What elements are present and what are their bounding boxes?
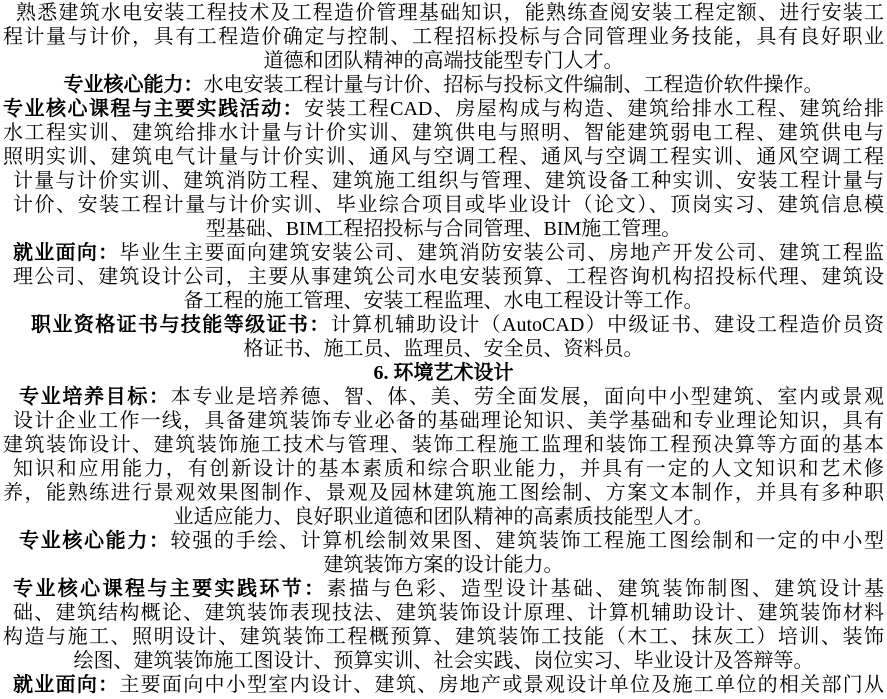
text-run: 建筑装饰方案的设计能力。 bbox=[324, 554, 564, 576]
text-run: 构造与施工、照明设计、建筑装饰工程概预算、建筑装饰工技能（木工、抹灰工）培训、装… bbox=[3, 626, 884, 648]
text-run: 建筑装饰设计、建筑装饰施工技术与管理、装饰工程施工监理和装饰工程预决算等方面的基… bbox=[3, 434, 884, 456]
bold-label: 专业核心课程与主要实践活动： bbox=[3, 98, 304, 120]
text-run: 绘图、建筑装饰施工图设计、预算实训、社会实践、岗位实习、毕业设计及答辩等。 bbox=[74, 650, 814, 672]
text-line: 专业培养目标：本专业是培养德、智、体、美、劳全面发展，面向中小型建筑、室内或景观 bbox=[3, 385, 884, 409]
text-run: 设计企业工作一线，具备建筑装饰专业必备的基础理论知识、美学基础和专业理论知识，具… bbox=[13, 410, 884, 432]
text-run: 较强的手绘、计算机绘制效果图、建筑装饰工程施工图绘制和一定的中小型 bbox=[171, 530, 884, 552]
bold-label: 就业面向： bbox=[13, 674, 119, 696]
text-line: 础、建筑结构概论、建筑装饰表现技法、建筑装饰设计原理、计算机辅助设计、建筑装饰材… bbox=[3, 601, 884, 625]
text-line: 备工程的施工管理、安装工程监理、水电工程设计等工作。 bbox=[3, 289, 884, 313]
text-line: 程计量与计价，具有工程造价确定与控制、工程招标投标与合同管理业务技能，具有良好职… bbox=[3, 25, 884, 49]
text-line: 建筑装饰设计、建筑装饰施工技术与管理、装饰工程施工监理和装饰工程预决算等方面的基… bbox=[3, 433, 884, 457]
bold-label: 专业培养目标： bbox=[19, 386, 171, 408]
text-run: 本专业是培养德、智、体、美、劳全面发展，面向中小型建筑、室内或景观 bbox=[171, 386, 884, 408]
text-run: 照明实训、建筑电气计量与计价实训、通风与空调工程、通风与空调工程实训、通风空调工… bbox=[3, 146, 884, 168]
text-line: 计量与计价实训、建筑消防工程、建筑施工组织与管理、建筑设备工种实训、安装工程计量… bbox=[3, 169, 884, 193]
text-line: 计价、安装工程计量与计价实训、毕业综合项目或毕业设计（论文）、顶岗实习、建筑信息… bbox=[3, 193, 884, 217]
text-run: 养，能熟练进行景观效果图制作、景观及园林建筑施工图绘制、方案文本制作，并具有多种… bbox=[3, 482, 884, 504]
text-run: 素描与色彩、造型设计基础、建筑装饰制图、建筑设计基 bbox=[327, 578, 884, 600]
bold-label: 专业核心能力： bbox=[64, 74, 204, 96]
text-run: 水电安装工程计量与计价、招标与投标文件编制、工程造价软件操作。 bbox=[204, 74, 824, 96]
text-line: 熟悉建筑水电安装工程技术及工程造价管理基础知识，能熟练查阅安装工程定额、进行安装… bbox=[3, 1, 884, 25]
text-run: 格证书、施工员、监理员、安全员、资料员。 bbox=[244, 338, 644, 360]
text-line: 职业资格证书与技能等级证书：计算机辅助设计（AutoCAD）中级证书、建设工程造… bbox=[3, 313, 884, 337]
text-line: 道德和团队精神的高端技能型专门人才。 bbox=[3, 49, 884, 73]
text-run: 备工程的施工管理、安装工程监理、水电工程设计等工作。 bbox=[184, 290, 704, 312]
text-line: 6. 环境艺术设计 bbox=[3, 361, 884, 385]
bold-label: 就业面向： bbox=[13, 242, 119, 264]
bold-label: 专业核心能力： bbox=[19, 530, 171, 552]
text-line: 水工程实训、建筑给排水计量与计价实训、建筑供电与照明、智能建筑弱电工程、建筑供电… bbox=[3, 121, 884, 145]
text-run: 水工程实训、建筑给排水计量与计价实训、建筑供电与照明、智能建筑弱电工程、建筑供电… bbox=[3, 122, 884, 144]
text-line: 专业核心课程与主要实践环节：素描与色彩、造型设计基础、建筑装饰制图、建筑设计基 bbox=[3, 577, 884, 601]
bold-label: 职业资格证书与技能等级证书： bbox=[31, 314, 331, 336]
text-run: 型基础、BIM工程招投标与合同管理、BIM施工管理。 bbox=[206, 218, 682, 240]
text-line: 绘图、建筑装饰施工图设计、预算实训、社会实践、岗位实习、毕业设计及答辩等。 bbox=[3, 649, 884, 673]
text-line: 型基础、BIM工程招投标与合同管理、BIM施工管理。 bbox=[3, 217, 884, 241]
text-line: 就业面向：主要面向中小型室内设计、建筑、房地产或景观设计单位及施工单位的相关部门… bbox=[3, 673, 884, 697]
text-line: 格证书、施工员、监理员、安全员、资料员。 bbox=[3, 337, 884, 361]
text-line: 知识和应用能力，有创新设计的基本素质和综合职业能力，并具有一定的人文知识和艺术修 bbox=[3, 457, 884, 481]
text-line: 专业核心能力：较强的手绘、计算机绘制效果图、建筑装饰工程施工图绘制和一定的中小型 bbox=[3, 529, 884, 553]
text-run: 理公司、建筑设计公司，主要从事建筑公司水电安装预算、工程咨询机构招投标代理、建筑… bbox=[13, 266, 884, 288]
text-run: 业适应能力、良好职业道德和团队精神的高素质技能型人才。 bbox=[174, 506, 714, 528]
text-run: 主要面向中小型室内设计、建筑、房地产或景观设计单位及施工单位的相关部门从 bbox=[119, 674, 884, 696]
bold-label: 专业核心课程与主要实践环节： bbox=[13, 578, 327, 600]
text-run: 础、建筑结构概论、建筑装饰表现技法、建筑装饰设计原理、计算机辅助设计、建筑装饰材… bbox=[13, 602, 884, 624]
text-line: 设计企业工作一线，具备建筑装饰专业必备的基础理论知识、美学基础和专业理论知识，具… bbox=[3, 409, 884, 433]
text-run: 道德和团队精神的高端技能型专门人才。 bbox=[264, 50, 624, 72]
text-line: 养，能熟练进行景观效果图制作、景观及园林建筑施工图绘制、方案文本制作，并具有多种… bbox=[3, 481, 884, 505]
text-line: 专业核心能力：水电安装工程计量与计价、招标与投标文件编制、工程造价软件操作。 bbox=[3, 73, 884, 97]
text-line: 建筑装饰方案的设计能力。 bbox=[3, 553, 884, 577]
text-run: 熟悉建筑水电安装工程技术及工程造价管理基础知识，能熟练查阅安装工程定额、进行安装… bbox=[16, 2, 884, 24]
text-line: 理公司、建筑设计公司，主要从事建筑公司水电安装预算、工程咨询机构招投标代理、建筑… bbox=[3, 265, 884, 289]
text-run: 安装工程CAD、房屋构成与构造、建筑给排水工程、建筑给排 bbox=[304, 98, 884, 120]
text-line: 构造与施工、照明设计、建筑装饰工程概预算、建筑装饰工技能（木工、抹灰工）培训、装… bbox=[3, 625, 884, 649]
text-run: 计价、安装工程计量与计价实训、毕业综合项目或毕业设计（论文）、顶岗实习、建筑信息… bbox=[13, 194, 884, 216]
bold-label: 6. 环境艺术设计 bbox=[374, 362, 514, 384]
text-run: 程计量与计价，具有工程造价确定与控制、工程招标投标与合同管理业务技能，具有良好职… bbox=[3, 26, 884, 48]
text-line: 专业核心课程与主要实践活动：安装工程CAD、房屋构成与构造、建筑给排水工程、建筑… bbox=[3, 97, 884, 121]
text-line: 业适应能力、良好职业道德和团队精神的高素质技能型人才。 bbox=[3, 505, 884, 529]
text-run: 毕业生主要面向建筑安装公司、建筑消防安装公司、房地产开发公司、建筑工程监 bbox=[119, 242, 884, 264]
document-page: 熟悉建筑水电安装工程技术及工程造价管理基础知识，能熟练查阅安装工程定额、进行安装… bbox=[0, 0, 887, 699]
text-run: 计算机辅助设计（AutoCAD）中级证书、建设工程造价员资 bbox=[331, 314, 884, 336]
text-run: 知识和应用能力，有创新设计的基本素质和综合职业能力，并具有一定的人文知识和艺术修 bbox=[13, 458, 884, 480]
text-line: 就业面向：毕业生主要面向建筑安装公司、建筑消防安装公司、房地产开发公司、建筑工程… bbox=[3, 241, 884, 265]
text-line: 照明实训、建筑电气计量与计价实训、通风与空调工程、通风与空调工程实训、通风空调工… bbox=[3, 145, 884, 169]
text-run: 计量与计价实训、建筑消防工程、建筑施工组织与管理、建筑设备工种实训、安装工程计量… bbox=[13, 170, 884, 192]
